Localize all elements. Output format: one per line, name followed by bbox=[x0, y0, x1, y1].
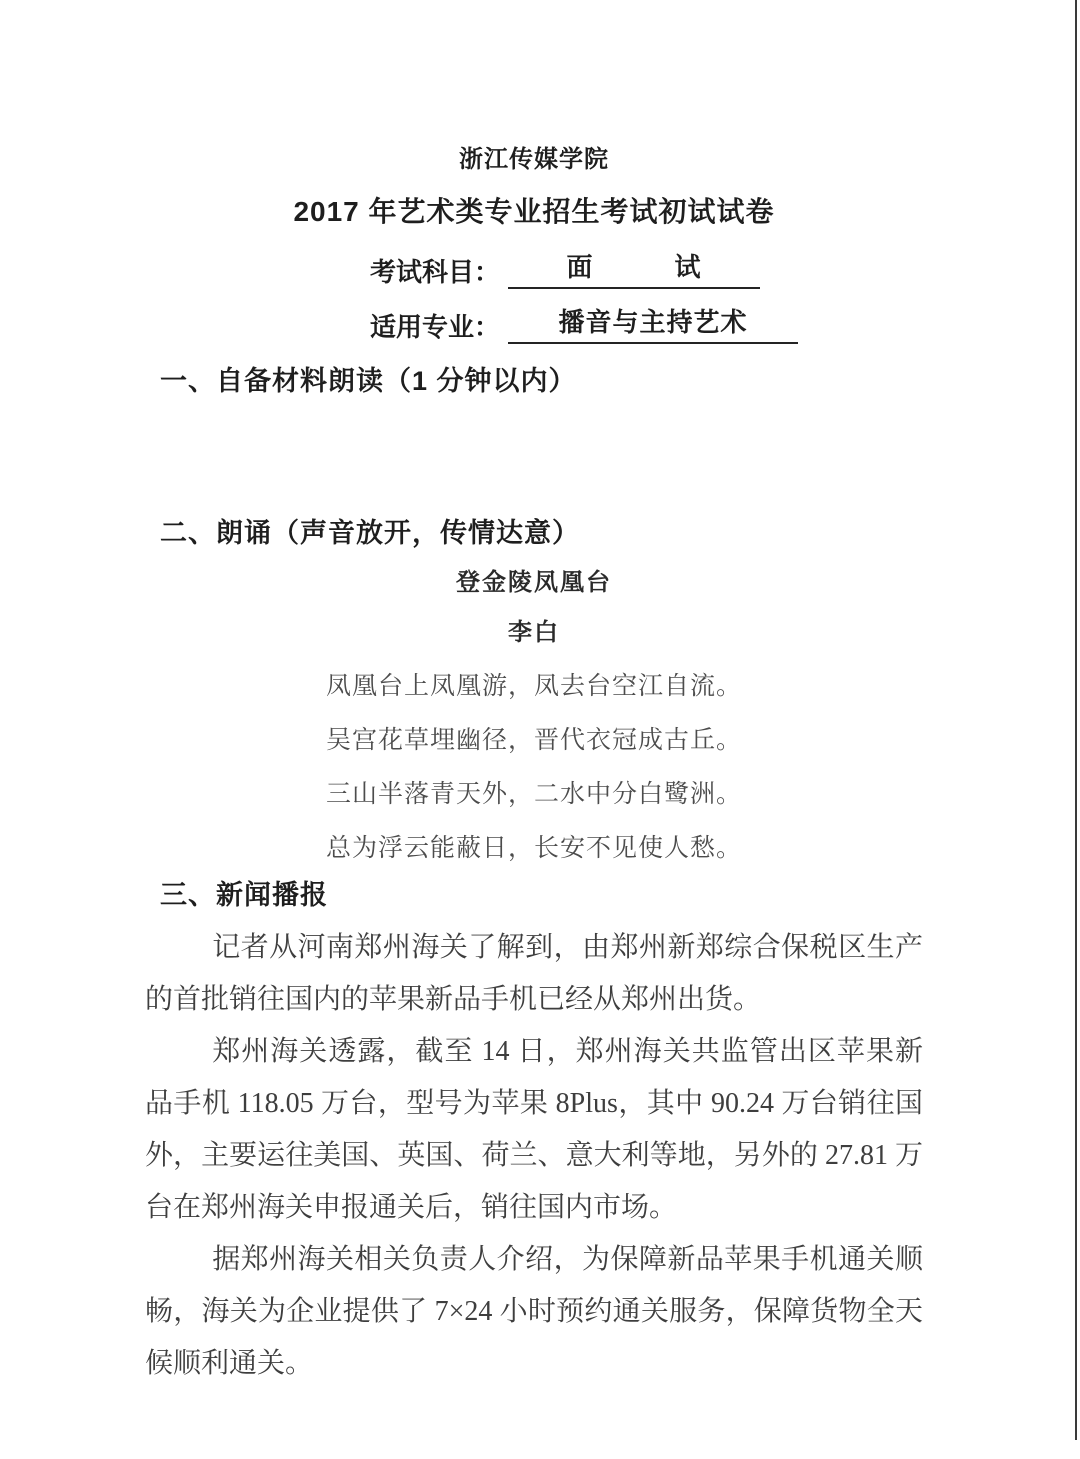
section-2-heading: 二、朗诵（声音放开，传情达意） bbox=[145, 518, 923, 548]
school-name: 浙江传媒学院 bbox=[145, 146, 923, 174]
news-paragraph: 据郑州海关相关负责人介绍，为保障新品苹果手机通关顺畅，海关为企业提供了 7×24… bbox=[145, 1234, 923, 1390]
subject-label: 考试科目： bbox=[370, 257, 500, 287]
poem-title: 登金陵凤凰台 bbox=[145, 568, 923, 598]
major-line: 适用专业：播音与主持艺术 bbox=[145, 305, 923, 344]
poem-line: 凤凰台上凤凰游，凤去台空江自流。 bbox=[145, 672, 923, 702]
section-1-heading: 一、自备材料朗读（1 分钟以内） bbox=[145, 366, 923, 396]
exam-title: 2017 年艺术类专业招生考试初试试卷 bbox=[145, 196, 923, 228]
poem-block: 登金陵凤凰台 李白 凤凰台上凤凰游，凤去台空江自流。 吴宫花草埋幽径，晋代衣冠成… bbox=[145, 568, 923, 864]
subject-line: 考试科目：面 试 bbox=[145, 250, 923, 289]
section-3-heading: 三、新闻播报 bbox=[145, 880, 923, 910]
poem-line: 三山半落青天外，二水中分白鹭洲。 bbox=[145, 780, 923, 810]
major-label: 适用专业： bbox=[370, 312, 500, 342]
scan-edge-line bbox=[1075, 0, 1077, 1440]
poem-author: 李白 bbox=[145, 618, 923, 648]
poem-line: 吴宫花草埋幽径，晋代衣冠成古丘。 bbox=[145, 726, 923, 756]
subject-value-underline: 面 试 bbox=[508, 250, 760, 289]
news-paragraph: 郑州海关透露，截至 14 日，郑州海关共监管出区苹果新品手机 118.05 万台… bbox=[145, 1026, 923, 1234]
major-value-underline: 播音与主持艺术 bbox=[508, 305, 798, 344]
poem-line: 总为浮云能蔽日，长安不见使人愁。 bbox=[145, 834, 923, 864]
exam-paper-page: 浙江传媒学院 2017 年艺术类专业招生考试初试试卷 考试科目：面 试 适用专业… bbox=[145, 0, 923, 1390]
news-paragraph: 记者从河南郑州海关了解到，由郑州新郑综合保税区生产的首批销往国内的苹果新品手机已… bbox=[145, 922, 923, 1026]
